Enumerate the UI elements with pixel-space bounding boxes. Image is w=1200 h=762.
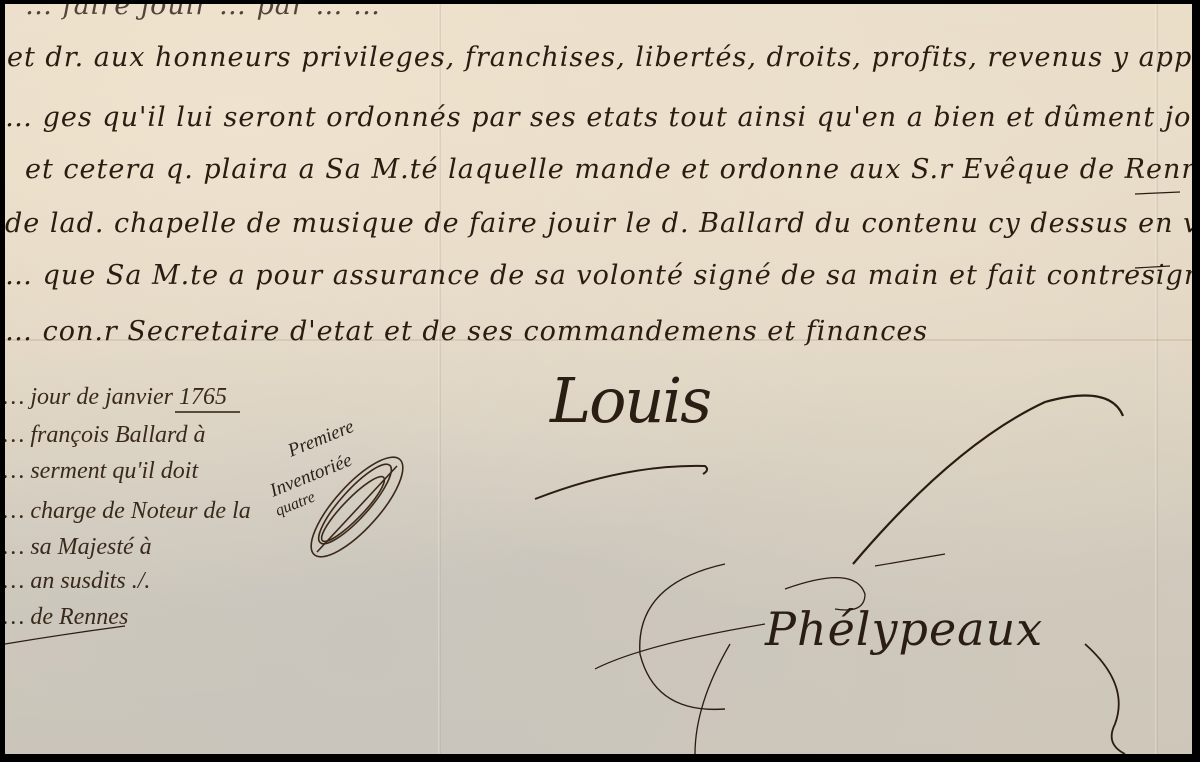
document-page: … faire jouir … par … … et dr. aux honne… [5,4,1192,754]
ink-flourishes [5,4,1192,754]
paraph-scribble [298,445,416,570]
